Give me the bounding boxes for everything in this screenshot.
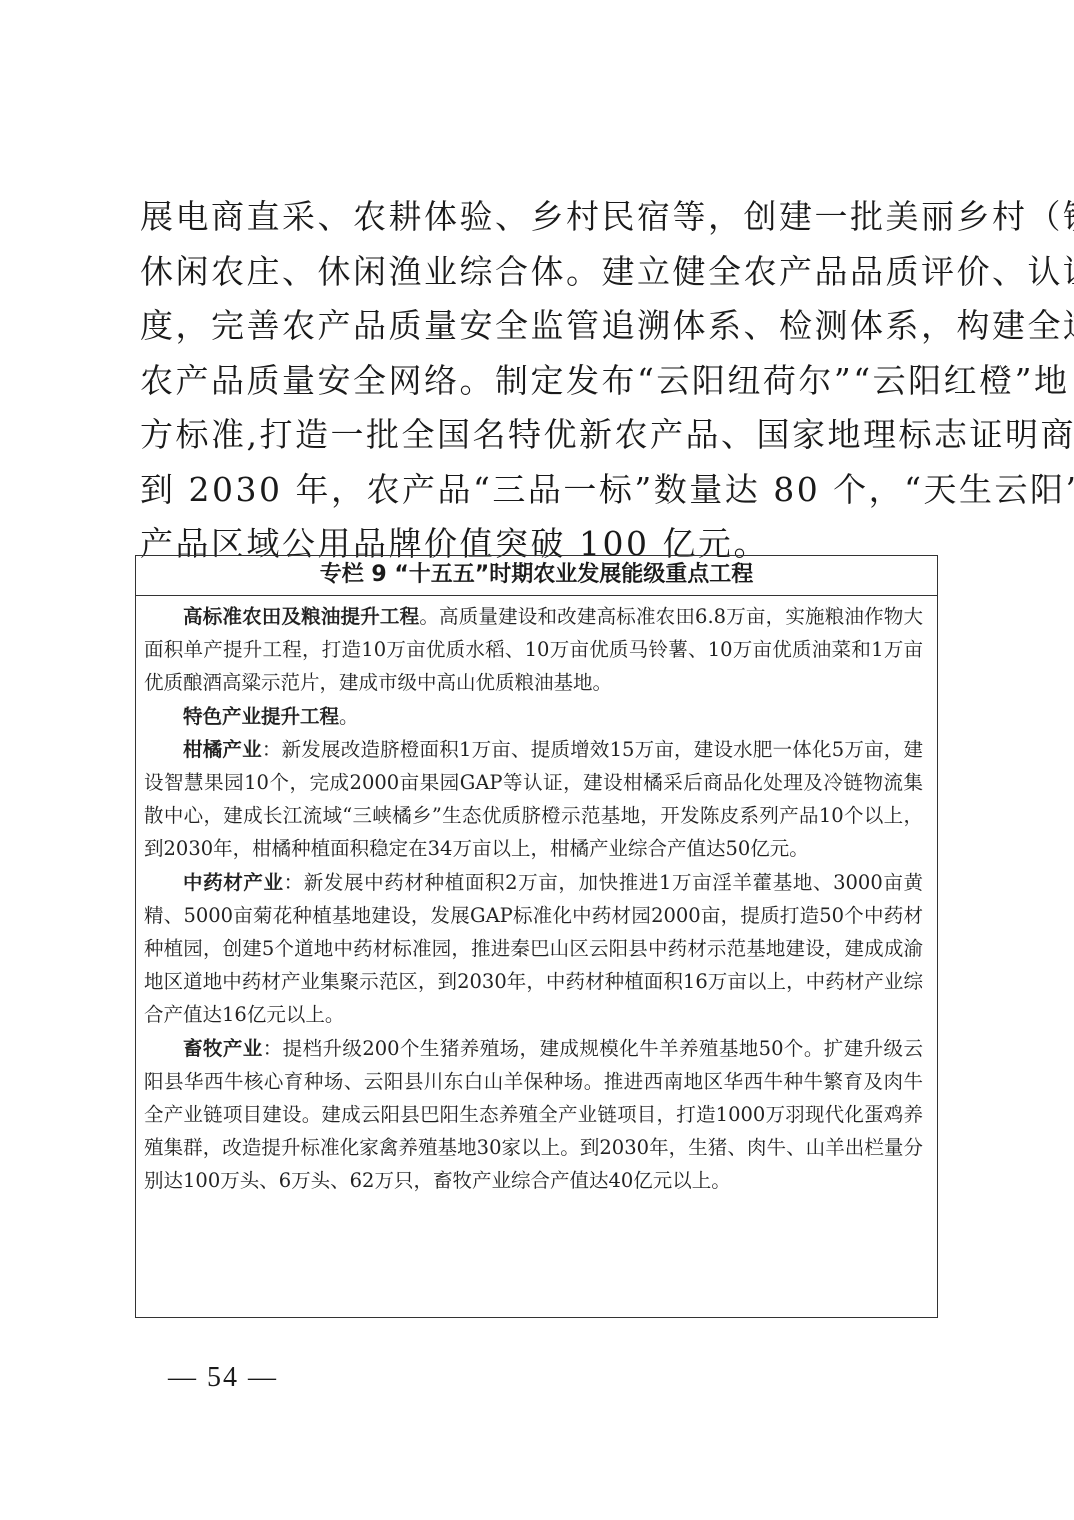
paragraph-lead: 柑橘产业 xyxy=(183,738,262,761)
paragraph-lead: 特色产业提升工程 xyxy=(183,705,339,728)
box-body: 高标准农田及粮油提升工程。高质量建设和改建高标准农田6.8万亩，实施粮油作物大面… xyxy=(136,596,937,1198)
body-line: 休闲农庄、休闲渔业综合体。建立健全农产品品质评价、认证制 xyxy=(140,245,958,300)
body-line: 到 2030 年，农产品“三品一标”数量达 80 个，“天生云阳”农 xyxy=(140,463,958,518)
box-title: 专栏 9 “十五五”时期农业发展能级重点工程 xyxy=(136,556,937,596)
body-line: 方标准,打造一批全国名特优新农产品、国家地理标志证明商标。 xyxy=(140,408,958,463)
body-line: 农产品质量安全网络。制定发布“云阳纽荷尔”“云阳红橙”地 xyxy=(140,354,958,409)
page-number: — 54 — xyxy=(168,1362,278,1394)
paragraph-lead: 高标准农田及粮油提升工程 xyxy=(183,605,419,628)
body-line: 度，完善农产品质量安全监管追溯体系、检测体系，构建全过程 xyxy=(140,299,958,354)
paragraph-lead: 畜牧产业 xyxy=(183,1037,263,1060)
paragraph-text: 。 xyxy=(339,705,359,728)
body-line: 展电商直采、农耕体验、乡村民宿等，创建一批美丽乡村（镇）、 xyxy=(140,190,958,245)
paragraph-text: ：提档升级200个生猪养殖场，建成规模化牛羊养殖基地50个。扩建升级云阳县华西牛… xyxy=(144,1037,923,1193)
feature-box: 专栏 9 “十五五”时期农业发展能级重点工程 高标准农田及粮油提升工程。高质量建… xyxy=(135,555,938,1318)
body-text: 展电商直采、农耕体验、乡村民宿等，创建一批美丽乡村（镇）、 休闲农庄、休闲渔业综… xyxy=(140,190,958,572)
box-paragraph-livestock: 畜牧产业：提档升级200个生猪养殖场，建成规模化牛羊养殖基地50个。扩建升级云阳… xyxy=(144,1032,923,1198)
box-paragraph-specialty: 特色产业提升工程。 xyxy=(144,700,923,733)
box-paragraph-citrus: 柑橘产业：新发展改造脐橙面积1万亩、提质增效15万亩，建设水肥一体化5万亩，建设… xyxy=(144,733,923,866)
paragraph-lead: 中药材产业 xyxy=(183,871,284,894)
box-paragraph-herbs: 中药材产业：新发展中药材种植面积2万亩，加快推进1万亩淫羊藿基地、3000亩黄精… xyxy=(144,866,923,1032)
box-paragraph-grain: 高标准农田及粮油提升工程。高质量建设和改建高标准农田6.8万亩，实施粮油作物大面… xyxy=(144,600,923,700)
